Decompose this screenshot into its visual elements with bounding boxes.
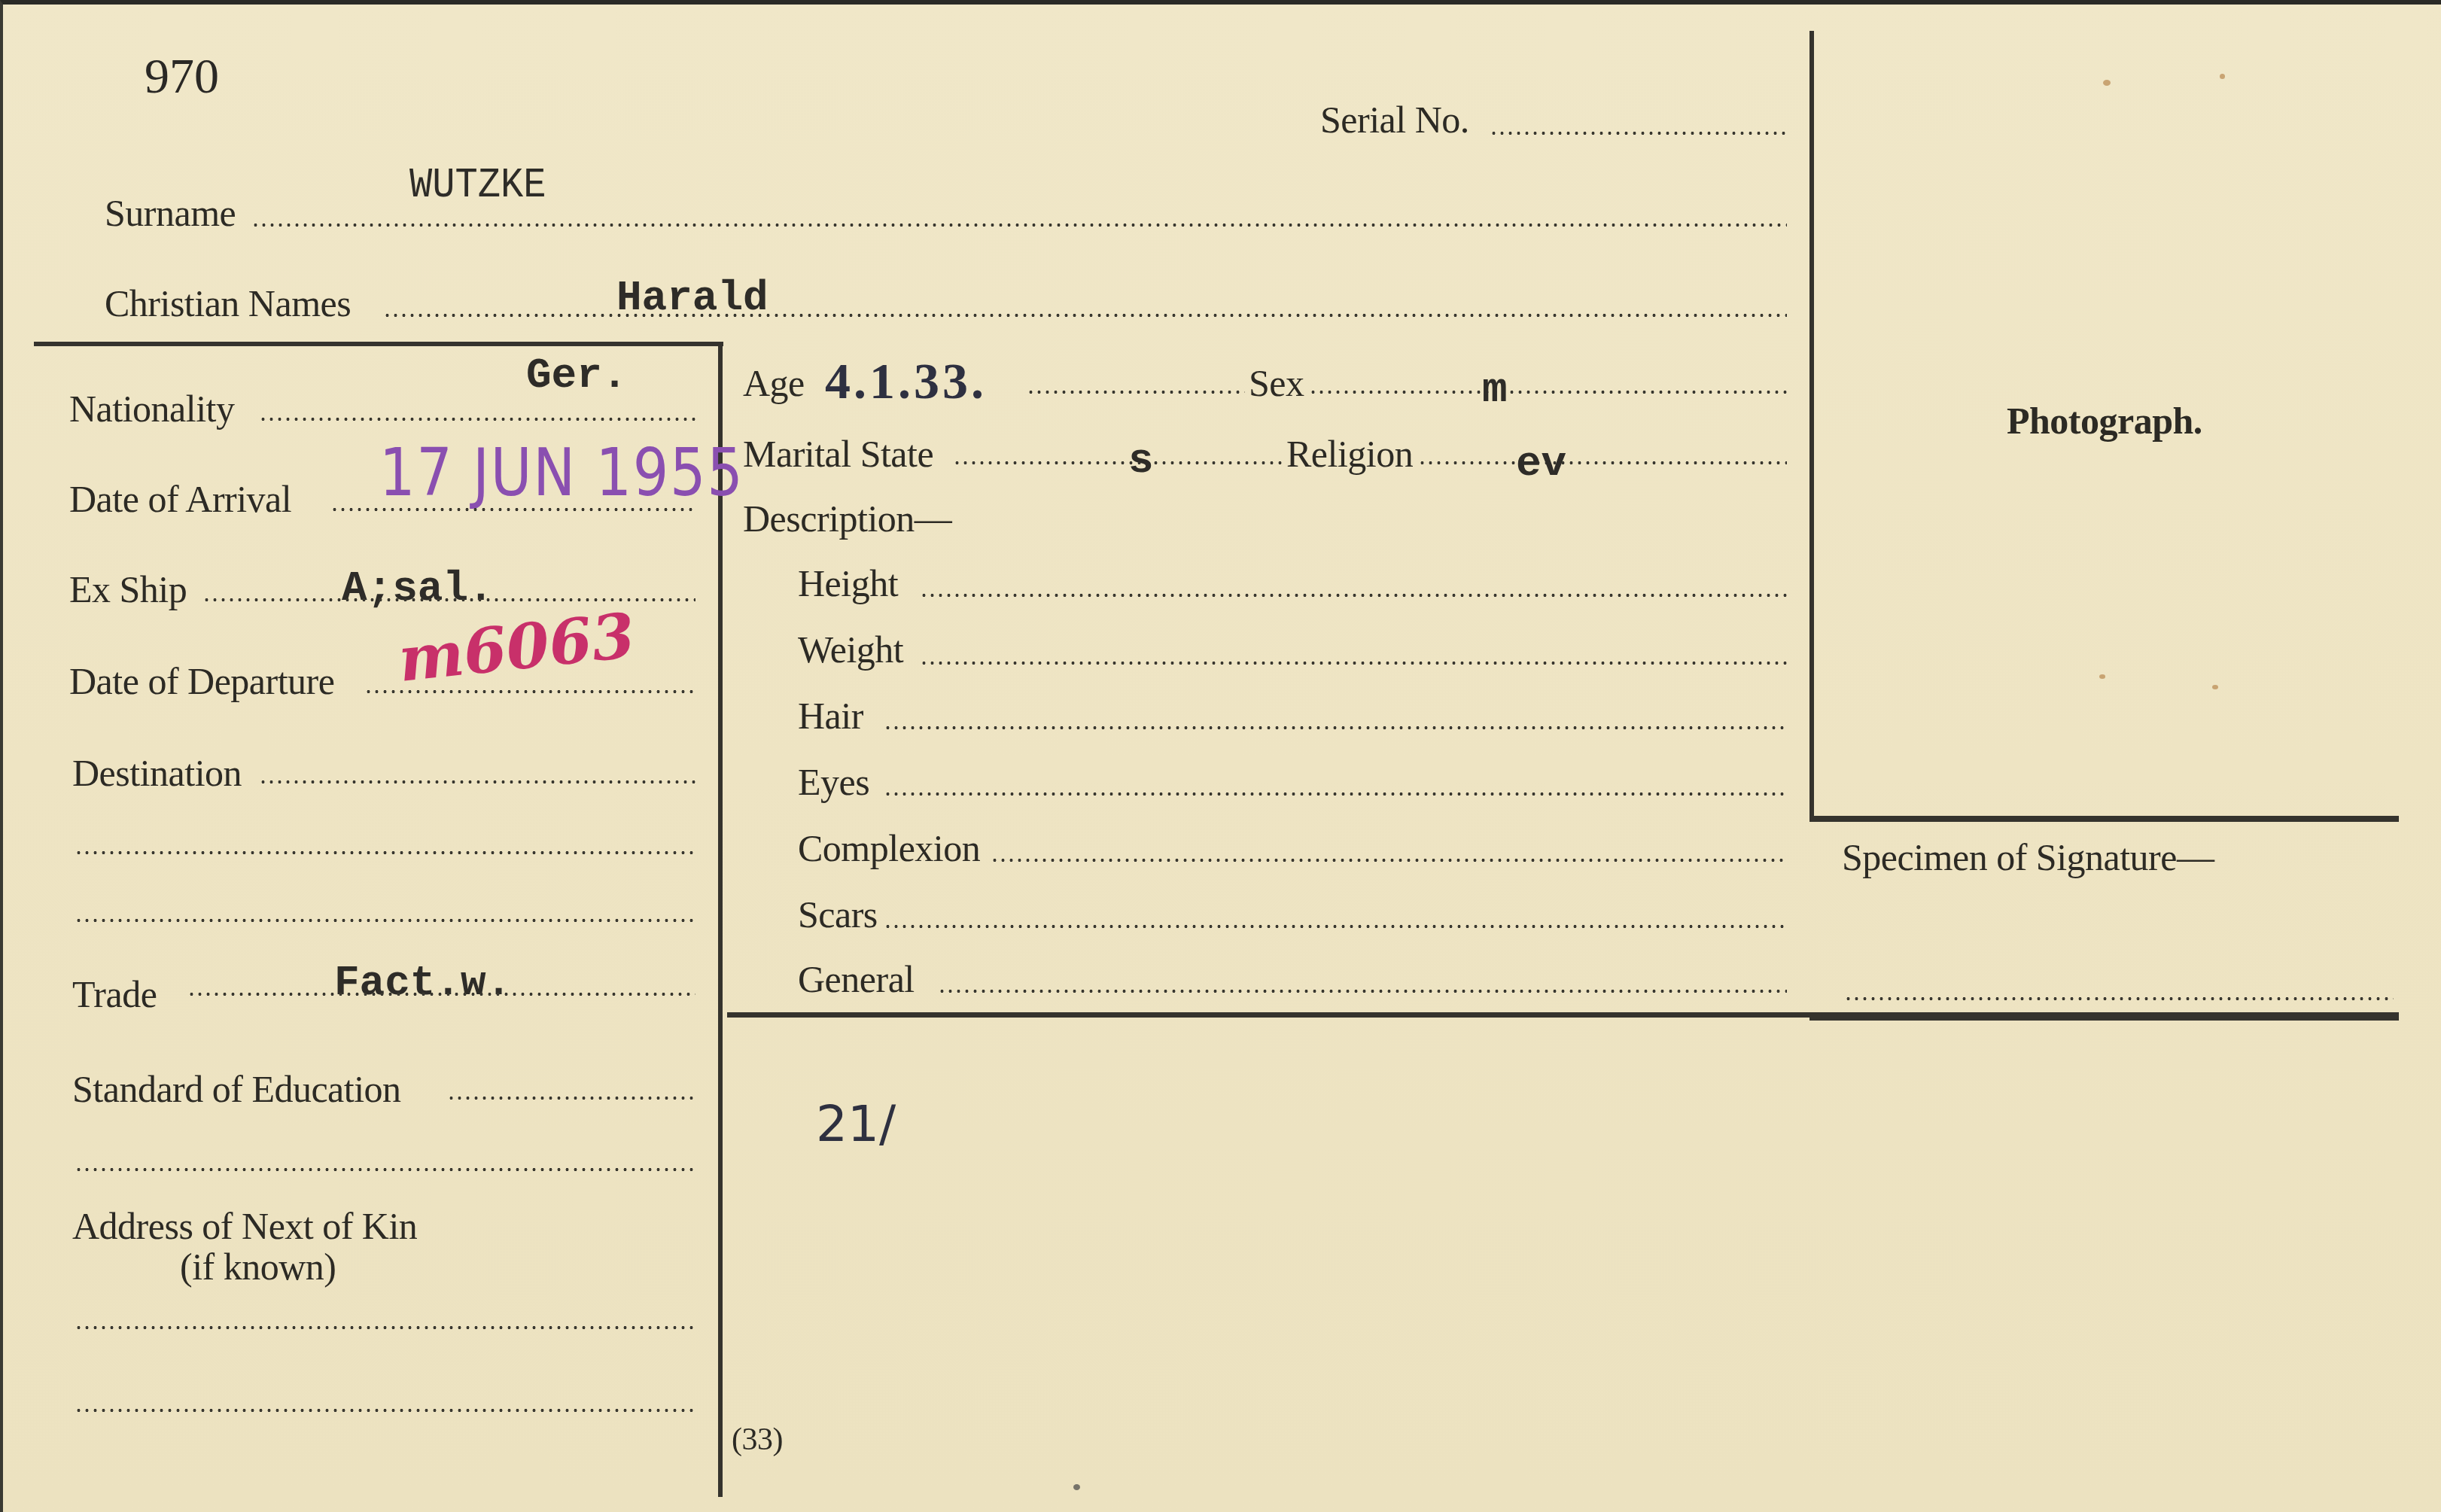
age-label: Age (743, 364, 805, 402)
complexion-field[interactable] (991, 858, 1787, 862)
religion-value: ev (1516, 443, 1566, 485)
departure-label: Date of Departure (69, 662, 334, 700)
kin-sublabel: (if known) (180, 1248, 336, 1285)
weight-field[interactable] (920, 661, 1787, 665)
form-code: (33) (732, 1424, 783, 1456)
age-value: 4.1.33. (825, 355, 987, 406)
foxing-spot (2212, 685, 2218, 689)
kin-field-2[interactable] (75, 1408, 695, 1413)
handwritten-annotation: 21/ (816, 1100, 896, 1149)
sex-value: m (1482, 369, 1508, 411)
eyes-field[interactable] (884, 792, 1787, 796)
description-label: Description— (743, 500, 951, 537)
education-field-2[interactable] (75, 1167, 695, 1172)
signature-label: Specimen of Signature— (1842, 838, 2214, 876)
surname-label: Surname (105, 194, 236, 232)
christian-names-label: Christian Names (105, 284, 351, 322)
divider-photo-bottom (1809, 816, 2399, 822)
scars-field[interactable] (884, 924, 1787, 929)
arrival-stamp: 17 JUN 1955 (379, 440, 744, 506)
trade-field[interactable] (187, 992, 695, 996)
card-number: 970 (145, 48, 219, 105)
nationality-field[interactable] (259, 417, 695, 421)
surname-field[interactable] (251, 223, 1787, 227)
religion-field[interactable] (1418, 461, 1787, 465)
kin-label: Address of Next of Kin (72, 1207, 417, 1245)
sex-field[interactable] (1309, 390, 1787, 394)
arrival-label: Date of Arrival (69, 480, 291, 518)
hair-field[interactable] (884, 726, 1787, 730)
divider-left-column (718, 342, 723, 1497)
ship-value: A;sal. (342, 567, 494, 610)
foxing-spot (2099, 674, 2105, 679)
departure-handwritten: m6063 (395, 605, 638, 691)
departure-field[interactable] (364, 689, 695, 694)
education-field[interactable] (447, 1096, 695, 1100)
serial-field[interactable] (1490, 131, 1787, 135)
kin-field[interactable] (75, 1325, 695, 1330)
photograph-area (1817, 35, 2397, 814)
eyes-label: Eyes (798, 763, 869, 801)
age-field[interactable] (1027, 390, 1245, 394)
marital-value: s (1128, 440, 1154, 482)
sex-label: Sex (1249, 364, 1304, 402)
surname-value: WUTZKE (409, 164, 546, 206)
trade-label: Trade (72, 975, 157, 1013)
arrival-field[interactable] (330, 507, 695, 512)
destination-field-3[interactable] (75, 918, 695, 923)
registration-card: 970 Serial No. WUTZKE Surname Christian … (0, 0, 2441, 1512)
foxing-spot (1073, 1484, 1080, 1490)
destination-field-2[interactable] (75, 850, 695, 855)
divider-top-left (34, 342, 723, 346)
divider-photo-left (1809, 31, 1814, 820)
christian-names-field[interactable] (383, 313, 1787, 318)
weight-label: Weight (798, 631, 903, 668)
marital-label: Marital State (743, 435, 933, 473)
foxing-spot (2220, 74, 2225, 79)
height-field[interactable] (920, 593, 1787, 598)
height-label: Height (798, 564, 898, 602)
destination-label: Destination (72, 754, 242, 792)
serial-label: Serial No. (1320, 101, 1469, 138)
foxing-spot (2103, 80, 2111, 86)
destination-field[interactable] (259, 780, 695, 784)
divider-signature-bottom (1809, 1015, 2399, 1021)
scars-label: Scars (798, 896, 878, 933)
marital-field[interactable] (953, 461, 1283, 465)
ship-label: Ex Ship (69, 570, 187, 608)
complexion-label: Complexion (798, 829, 980, 867)
trade-value: Fact.w. (334, 962, 511, 1004)
hair-label: Hair (798, 697, 863, 735)
religion-label: Religion (1286, 435, 1413, 473)
signature-field[interactable] (1844, 996, 2394, 1001)
general-label: General (798, 960, 915, 998)
nationality-label: Nationality (69, 390, 234, 427)
education-label: Standard of Education (72, 1070, 401, 1108)
nationality-value: Ger. (526, 354, 627, 397)
general-field[interactable] (938, 989, 1787, 993)
